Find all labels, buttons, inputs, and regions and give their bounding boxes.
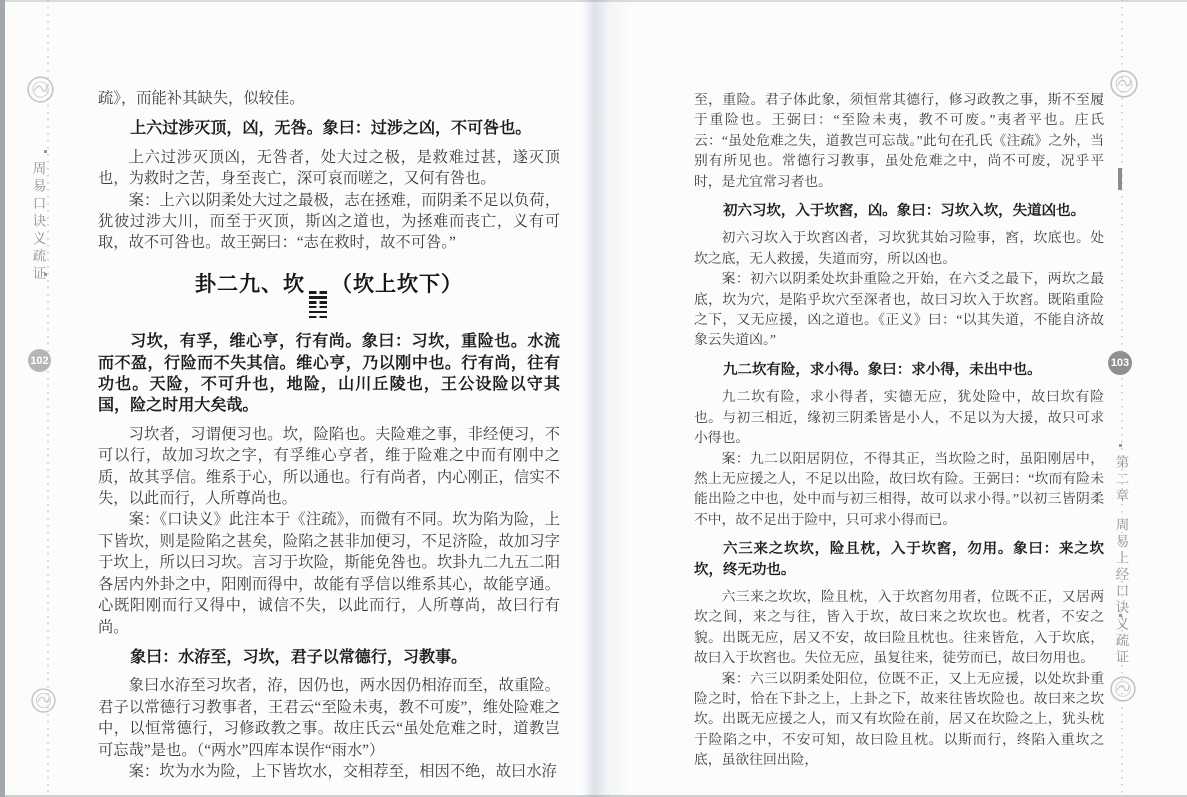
hexagram-kan-icon (309, 291, 327, 318)
body-paragraph: 案：六三以阴柔处阳位，位既不正，又上无应援，以处坎卦重险之时，恰在下卦之上，上卦… (694, 669, 1104, 771)
scripture-line: 上六过涉灭顶，凶，无咎。象曰：过涉之凶，不可咎也。 (98, 118, 560, 139)
scripture-line: 初六习坎，入于坎窞，凶。象曰：习坎入坎，失道凶也。 (694, 201, 1104, 221)
scripture-line: 习坎，有孚，维心亨，行有尚。象曰：习坎，重险也。水流而不盈，行险而不失其信。维心… (98, 331, 560, 417)
right-running-title: 第二章周易上经口诀义疏证 (1114, 455, 1128, 666)
scripture-line: 九二坎有险，求小得。象曰：求小得，未出中也。 (694, 360, 1104, 380)
margin-bullet-icon (44, 150, 47, 153)
body-paragraph: 案：初六以阴柔处坎卦重险之开始，在六爻之最下，两坎之最底，坎为穴，是陷乎坎穴至深… (694, 269, 1104, 351)
chapter-title: 周易上经口诀义疏证 (1114, 518, 1129, 667)
body-paragraph: 九二坎有险，求小得者，实德无应，犹处险中，故曰坎有险也。与初三相近，缘初三阴柔皆… (694, 387, 1104, 448)
left-page-number-badge: 102 (28, 349, 51, 372)
body-paragraph: 案：坎为水为险，上下皆坎水，交相荐至，相因不绝，故曰水洊 (98, 761, 560, 782)
margin-dash-icon (1118, 168, 1122, 190)
ornament-seal-icon (1110, 676, 1136, 702)
chapter-heading: 卦二九、坎（坎上坎下） (98, 270, 560, 318)
margin-bullet-icon (44, 273, 47, 276)
left-page-text-column: 疏》，而能补其缺失，似较佳。上六过涉灭顶，凶，无咎。象曰：过涉之凶，不可咎也。上… (98, 88, 560, 782)
body-paragraph: 案：《口诀义》此注本于《注疏》，而微有不同。坎为陷为险，上下皆坎，则是险陷之甚矣… (98, 509, 560, 637)
margin-bullet-icon (1119, 444, 1122, 447)
margin-bullet-icon (1119, 614, 1122, 617)
ornament-seal-icon (27, 76, 54, 103)
page-top-edge (5, 0, 1187, 2)
body-paragraph: 象曰水洊至习坎者，洊，因仍也，两水因仍相洊而至，故重险。君子以常德行习教事者，王… (98, 675, 560, 761)
book-spread: 周易口诀义疏证 102 103 第二章周易上经口诀义疏证 疏》，而能补其缺失，似… (0, 0, 1187, 797)
left-margin-dotted-line (47, 0, 49, 797)
body-paragraph: 初六习坎入于坎窞凶者，习坎犹其始习险事，窞，坎底也。处坎之底，无人救援，失道而穷… (694, 228, 1104, 269)
body-paragraph: 案：上六以阴柔处大过之最极，志在拯难，而阴柔不足以负荷，犹彼过涉大川，而至于灭顶… (98, 190, 560, 254)
body-paragraph: 疏》，而能补其缺失，似较佳。 (98, 88, 560, 109)
ornament-seal-icon (1110, 70, 1138, 98)
book-gutter (576, 0, 610, 797)
chapter-heading-suffix: （坎上坎下） (331, 272, 463, 296)
body-paragraph: 案：九二以阳居阴位，不得其正，当坎险之时，虽阳刚居中，然上无应援之人，不足以出险… (694, 449, 1104, 531)
right-page-number-badge: 103 (1108, 351, 1132, 375)
left-running-title: 周易口诀义疏证 (31, 161, 45, 284)
body-paragraph: 至，重险。君子体此象，须恒常其德行，修习政教之事，斯不至履于重险也。王弼曰：“至… (694, 90, 1104, 192)
scripture-line: 六三来之坎坎，险且枕，入于坎窞，勿用。象曰：来之坎坎，终无功也。 (694, 539, 1104, 580)
chapter-label: 第二章 (1114, 455, 1129, 505)
right-page-text-column: 至，重险。君子体此象，须恒常其德行，修习政教之事，斯不至履于重险也。王弼曰：“至… (694, 90, 1104, 771)
ornament-seal-icon (31, 688, 56, 713)
scan-edge-strip (0, 0, 5, 797)
body-paragraph: 上六过涉灭顶凶，无咎者，处大过之极，是救难过甚，遂灭顶也，为救时之苦，身至丧亡，… (98, 147, 560, 190)
scripture-line: 象曰：水洊至，习坎，君子以常德行，习教事。 (98, 647, 560, 668)
chapter-heading-prefix: 卦二九、坎 (195, 272, 305, 296)
body-paragraph: 六三来之坎坎，险且枕，入于坎窞勿用者，位既不正，又居两坎之间，来之与往，皆入于坎… (694, 587, 1104, 669)
body-paragraph: 习坎者，习谓便习也。坎，险陷也。夫险难之事，非经便习，不可以行，故加习坎之字，有… (98, 424, 560, 510)
